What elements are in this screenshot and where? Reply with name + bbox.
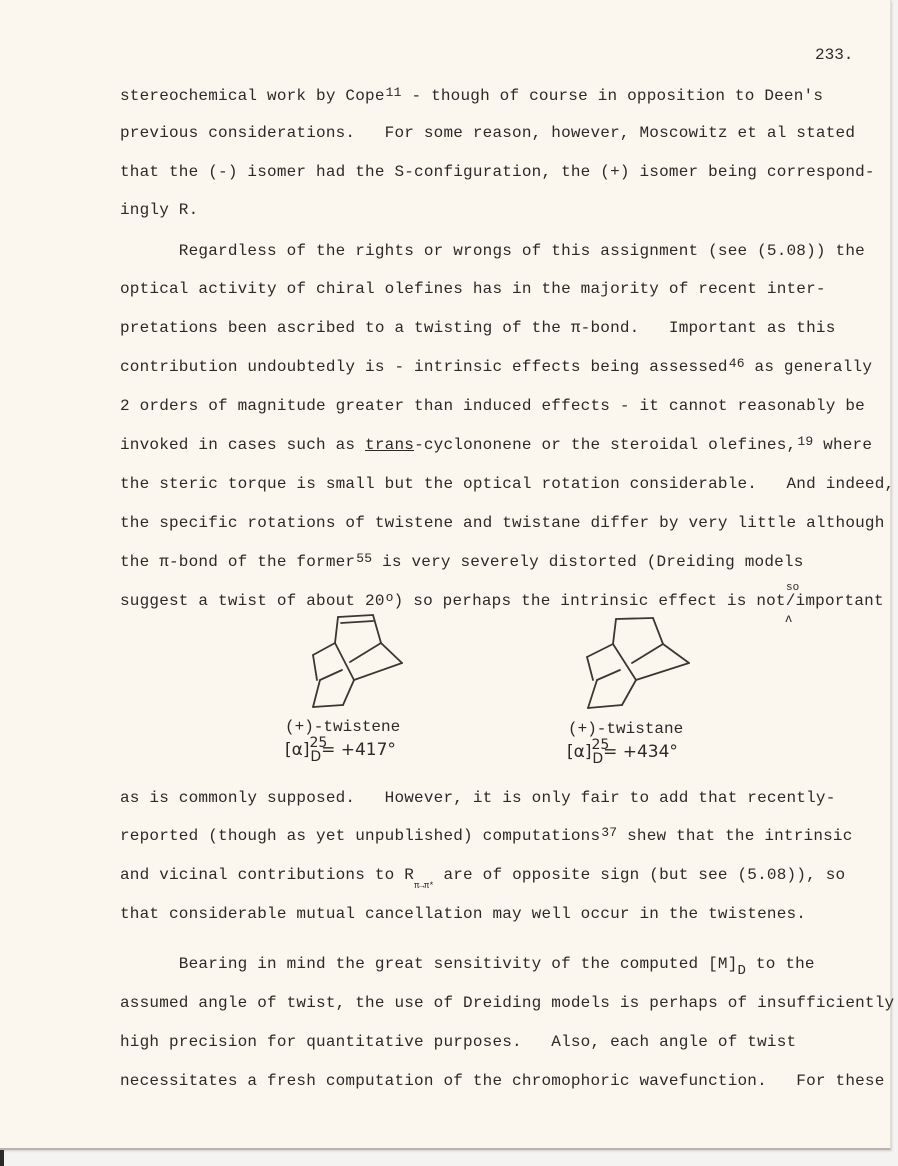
rotation-value: = +434° bbox=[603, 742, 678, 762]
twistane-rotation: [α]25D= +434° bbox=[567, 742, 678, 762]
rotation-symbol: [α] bbox=[567, 742, 591, 762]
typewritten-page: 233. stereochemical work by Cope11 - tho… bbox=[0, 0, 891, 1150]
text-line: and vicinal contributions to Rπ→π* are o… bbox=[120, 865, 845, 887]
transition-subscript: π→π* bbox=[414, 881, 434, 891]
twistene-structure bbox=[313, 615, 402, 707]
text: and vicinal contributions to R bbox=[120, 866, 414, 884]
wavelength-subscript: D bbox=[592, 751, 603, 767]
text: are of opposite sign (but see (5.08)), s… bbox=[434, 866, 846, 884]
text-line: reported (though as yet unpublished) com… bbox=[120, 826, 853, 847]
rotation-value: = +417° bbox=[321, 740, 396, 760]
text-line: as is commonly supposed. However, it is … bbox=[120, 788, 836, 808]
text-line: that considerable mutual cancellation ma… bbox=[120, 904, 806, 924]
wavelength-subscript: D bbox=[310, 749, 321, 765]
rotation-symbol: [α] bbox=[285, 740, 309, 760]
subscript: D bbox=[738, 963, 747, 979]
twistane-caption: (+)-twistane bbox=[568, 720, 683, 738]
twistene-rotation: [α]25D= +417° bbox=[285, 740, 396, 760]
twistene-caption: (+)-twistene bbox=[285, 718, 400, 736]
footnote-ref: 37 bbox=[601, 825, 617, 840]
scan-edge bbox=[0, 1150, 4, 1166]
text-line: high precision for quantitative purposes… bbox=[120, 1032, 796, 1052]
text: Bearing in mind the great sensitivity of… bbox=[120, 955, 738, 973]
text: to the bbox=[746, 955, 815, 973]
text-line: assumed angle of twist, the use of Dreid… bbox=[120, 993, 894, 1013]
text-line: necessitates a fresh computation of the … bbox=[120, 1071, 885, 1091]
twistane-structure bbox=[587, 618, 689, 708]
text-line: Bearing in mind the great sensitivity of… bbox=[120, 954, 815, 975]
text: reported (though as yet unpublished) com… bbox=[120, 827, 600, 845]
text: shew that the intrinsic bbox=[617, 827, 852, 845]
structure-drawings bbox=[0, 0, 890, 1148]
